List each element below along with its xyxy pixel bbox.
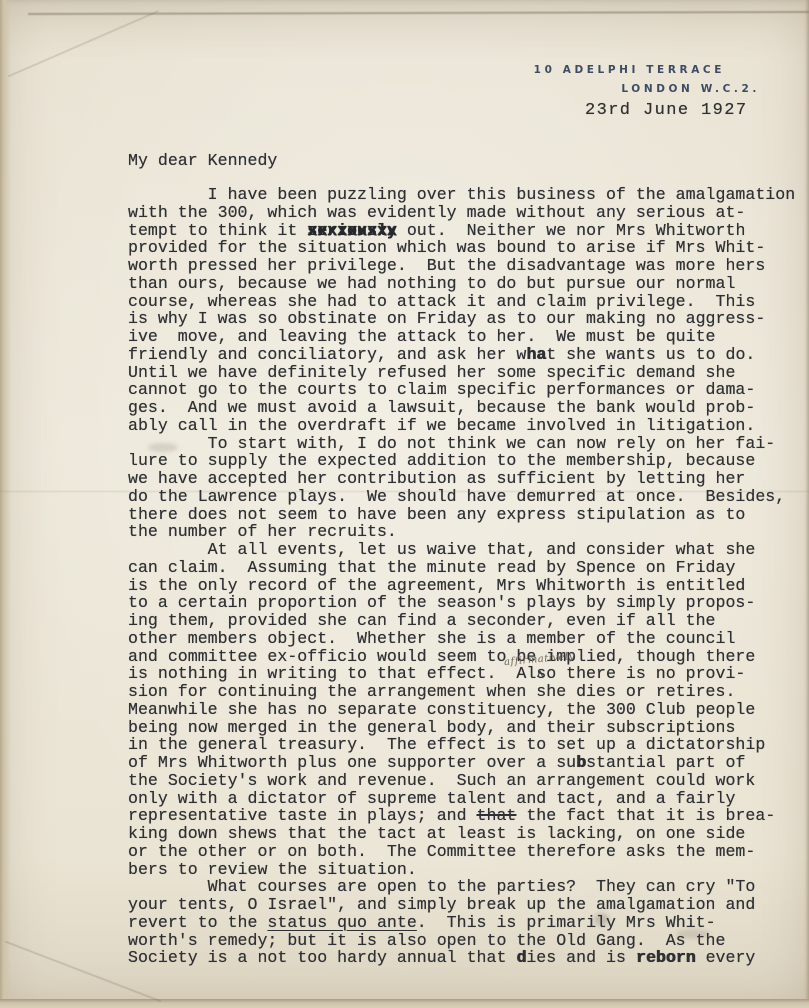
typed-text: friendly and conciliatory, and ask her w: [128, 345, 526, 364]
letter-line: provided for the situation which was bou…: [128, 239, 795, 257]
overtyped-letters: d: [516, 948, 526, 967]
letter-line: and committee ex-officio would seem to b…: [128, 648, 795, 666]
letter-line: ive move, and leaving the attack to her.…: [128, 328, 795, 346]
letter-line: sion for continuing the arrangement when…: [128, 683, 795, 701]
letter-line: can claim. Assuming that the minute read…: [128, 559, 795, 577]
letter-line: ing them, provided she can find a second…: [128, 612, 795, 630]
letter-line: cannot go to the courts to claim specifi…: [128, 381, 795, 399]
salutation: My dear Kennedy: [128, 151, 277, 170]
typed-text: out. Neither we nor Mrs Whitworth: [397, 221, 746, 240]
overtyped-letters: reborn: [636, 948, 696, 967]
letter-line: tempt to think it seriously out. Neither…: [128, 222, 795, 240]
typed-text: worth pressed her privilege. But the dis…: [128, 256, 765, 275]
typed-text: there does not seem to have been any exp…: [128, 505, 745, 524]
typed-text: worth's remedy; but it is also open to t…: [128, 931, 725, 950]
letter-line: Meanwhile she has no separate constituen…: [128, 701, 795, 719]
typed-text: the Society's work and revenue. Such an …: [128, 771, 755, 790]
letter-line: king down shews that the tact at least i…: [128, 825, 795, 843]
typed-text: can claim. Assuming that the minute read…: [128, 558, 735, 577]
typed-text: I have been puzzling over this business …: [128, 185, 795, 204]
letter-line: representative taste in plays; and that …: [128, 807, 795, 825]
letter-line: worth pressed her privilege. But the dis…: [128, 257, 795, 275]
letter-line: At all events, let us waive that, and co…: [128, 541, 795, 559]
typed-text: bers to review the situation.: [128, 860, 417, 879]
letter-line: bers to review the situation.: [128, 861, 795, 879]
typed-text: cannot go to the courts to claim specifi…: [128, 380, 755, 399]
letter-line: friendly and conciliatory, and ask her w…: [128, 346, 795, 364]
underlined-phrase: status quo ante: [267, 913, 416, 932]
typed-text: Until we have definitely refused her som…: [128, 363, 735, 382]
letter-line: of Mrs Whitworth plus one supporter over…: [128, 754, 795, 772]
typed-text: the number of her recruits.: [128, 522, 397, 541]
letter-line: worth's remedy; but it is also open to t…: [128, 932, 795, 950]
typed-text: with the 300, which was evidently made w…: [128, 203, 745, 222]
letter-line: lure to supply the expected addition to …: [128, 452, 795, 470]
letter-line: ably call in the overdraft if we became …: [128, 417, 795, 435]
letterhead-address-line2: LONDON W.C.2.: [621, 83, 760, 95]
typed-text: is the only record of the agreement, Mrs…: [128, 576, 745, 595]
letter-line: we have accepted her contribution as suf…: [128, 470, 795, 488]
letter-line: being now merged in the general body, an…: [128, 719, 795, 737]
typed-text: in the general treasury. The effect is t…: [128, 735, 765, 754]
typed-text: do the Lawrence plays. We should have de…: [128, 487, 785, 506]
letter-line: is nothing in writing to that effect. Al…: [128, 665, 795, 683]
typed-text: revert to the: [128, 913, 267, 932]
paper-edge-left: [0, 0, 11, 1008]
typed-text: t she wants us to do.: [546, 345, 755, 364]
typed-text: Meanwhile she has no separate constituen…: [128, 700, 755, 719]
overtyped-letters: ha: [526, 345, 546, 364]
typed-text: every: [696, 948, 756, 967]
typed-text: Society is a not too hardy annual that: [128, 948, 516, 967]
typed-text: than ours, because we had nothing to do …: [128, 274, 735, 293]
typed-text: At all events, let us waive that, and co…: [128, 540, 755, 559]
letter-line: I have been puzzling over this business …: [128, 186, 795, 204]
typed-text: lure to supply the expected addition to …: [128, 451, 755, 470]
typed-text: being now merged in the general body, an…: [128, 718, 735, 737]
letter-line: ges. And we must avoid a lawsuit, becaus…: [128, 399, 795, 417]
typed-text: other members object. Whether she is a m…: [128, 629, 735, 648]
typed-text: we have accepted her contribution as suf…: [128, 469, 745, 488]
typed-text: representative taste in plays; and: [128, 806, 477, 825]
typed-text: is why I was so obstinate on Friday as t…: [128, 309, 765, 328]
paper-edge-right: [805, 0, 809, 1008]
letter-line: there does not seem to have been any exp…: [128, 506, 795, 524]
fold-crease-top-diagonal: [8, 11, 159, 77]
letter-page: 10 ADELPHI TERRACE LONDON W.C.2. 23rd Ju…: [0, 0, 809, 1008]
typed-text: is nothing in writing to that effect. Al…: [128, 664, 745, 683]
letter-line: only with a dictator of supreme talent a…: [128, 790, 795, 808]
letter-line: than ours, because we had nothing to do …: [128, 275, 795, 293]
overstruck-word: seriously: [307, 221, 397, 240]
typed-text: tempt to think it: [128, 221, 307, 240]
typed-text: course, whereas she had to attack it and…: [128, 292, 755, 311]
typed-text: king down shews that the tact at least i…: [128, 824, 745, 843]
letter-line: in the general treasury. The effect is t…: [128, 736, 795, 754]
typed-text: to a certain proportion of the season's …: [128, 593, 755, 612]
typed-text: your tents, O Israel", and simply break …: [128, 895, 755, 914]
letter-line: do the Lawrence plays. We should have de…: [128, 488, 795, 506]
paper-edge-bottom: [0, 999, 809, 1008]
typed-text: of Mrs Whitworth plus one supporter over…: [128, 753, 576, 772]
typed-text: To start with, I do not think we can now…: [128, 434, 775, 453]
letter-line: is the only record of the agreement, Mrs…: [128, 577, 795, 595]
typed-text: ably call in the overdraft if we became …: [128, 416, 755, 435]
fold-crease-top: [28, 11, 809, 15]
typed-text: only with a dictator of supreme talent a…: [128, 789, 735, 808]
letter-line: the Society's work and revenue. Such an …: [128, 772, 795, 790]
typed-text: What courses are open to the parties? Th…: [128, 877, 755, 896]
letterhead-address-line1: 10 ADELPHI TERRACE: [534, 64, 725, 76]
typed-text: provided for the situation which was bou…: [128, 238, 765, 257]
letter-line: the number of her recruits.: [128, 523, 795, 541]
typed-text: stantial part of: [586, 753, 745, 772]
letter-line: to a certain proportion of the season's …: [128, 594, 795, 612]
typed-text: implied, though there: [546, 647, 755, 666]
struck-word: that: [477, 806, 517, 825]
typed-text: ive move, and leaving the attack to her.…: [128, 327, 716, 346]
letter-line: revert to the status quo ante. This is p…: [128, 914, 795, 932]
letter-line: To start with, I do not think we can now…: [128, 435, 795, 453]
typed-text: ies and is: [526, 948, 636, 967]
typed-text: ing them, provided she can find a second…: [128, 611, 716, 630]
overtyped-letters: b: [576, 753, 586, 772]
typed-text: sion for continuing the arrangement when…: [128, 682, 735, 701]
typed-text: . This is primarily Mrs Whit-: [417, 913, 716, 932]
typed-text: ges. And we must avoid a lawsuit, becaus…: [128, 398, 755, 417]
typed-text: and committee ex-officio would seem to b…: [128, 647, 536, 666]
letter-line: with the 300, which was evidently made w…: [128, 204, 795, 222]
letter-line: or the other or on both. The Committee t…: [128, 843, 795, 861]
letter-line: Society is a not too hardy annual that d…: [128, 949, 795, 967]
typed-text: or the other or on both. The Committee t…: [128, 842, 755, 861]
letter-body: I have been puzzling over this business …: [128, 186, 795, 967]
letter-line: your tents, O Israel", and simply break …: [128, 896, 795, 914]
caret-mark: ^: [536, 668, 544, 686]
letter-line: is why I was so obstinate on Friday as t…: [128, 310, 795, 328]
letter-line: What courses are open to the parties? Th…: [128, 878, 795, 896]
letter-line: course, whereas she had to attack it and…: [128, 293, 795, 311]
letter-line: other members object. Whether she is a m…: [128, 630, 795, 648]
letter-date: 23rd June 1927: [585, 101, 747, 120]
typed-text: the fact that it is brea-: [516, 806, 775, 825]
letter-line: Until we have definitely refused her som…: [128, 364, 795, 382]
